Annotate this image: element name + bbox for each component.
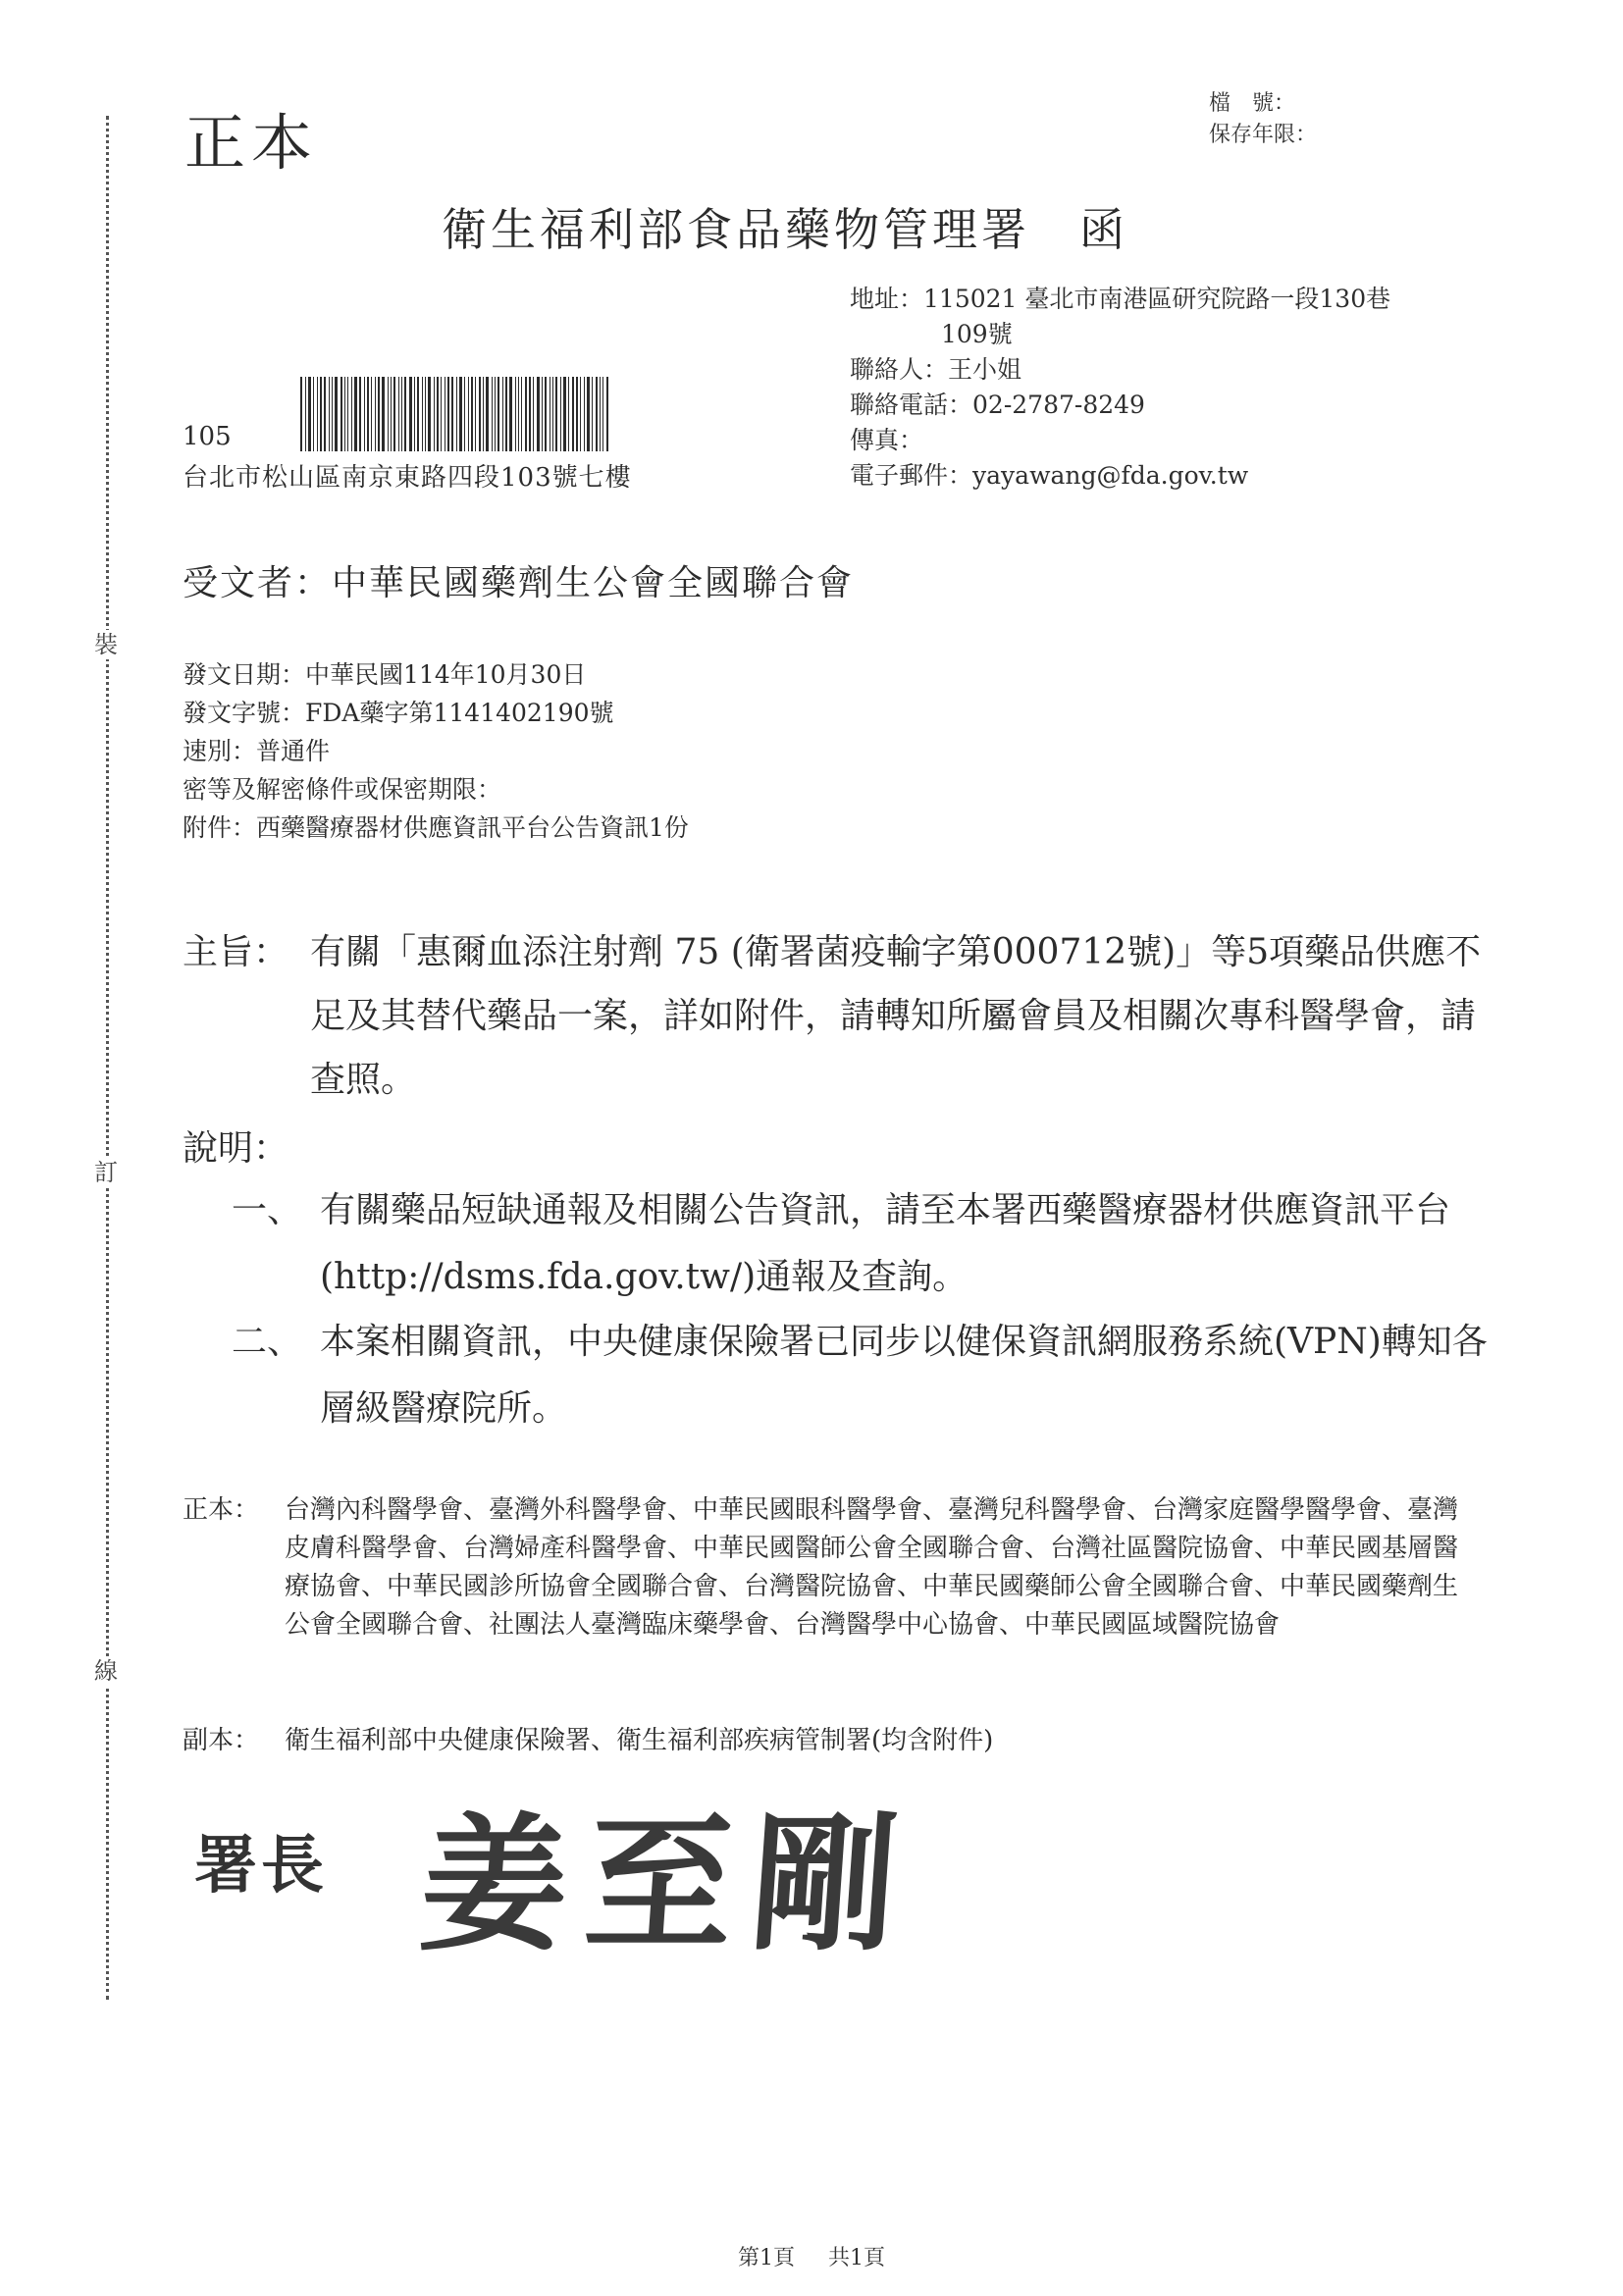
- binding-line: [106, 116, 109, 2000]
- item-text: 有關藥品短缺通報及相關公告資訊，請至本署西藥醫療器材供應資訊平台(http://…: [232, 1177, 1488, 1311]
- meta-value: 中華民國114年10月30日: [305, 660, 586, 689]
- meta-label: 附件：: [183, 813, 256, 842]
- sender-info: 地址：115021 臺北市南港區研究院路一段130巷 109號 聯絡人：王小姐 …: [850, 282, 1390, 494]
- binding-mark-xian: 線: [94, 1656, 118, 1686]
- meta-secrecy: 密等及解密條件或保密期限：: [183, 770, 689, 809]
- description-item-2: 二、 本案相關資訊，中央健康保險署已同步以健保資訊網服務系統(VPN)轉知各層級…: [232, 1309, 1488, 1442]
- distribution-original: 正本： 台灣內科醫學會、臺灣外科醫學會、中華民國眼科醫學會、臺灣兒科醫學會、台灣…: [183, 1491, 1468, 1644]
- email-value: yayawang@fda.gov.tw: [972, 458, 1248, 494]
- address-line1: 115021 臺北市南港區研究院路一段130巷: [923, 282, 1390, 317]
- binding-mark-zhuang: 裝: [94, 630, 118, 659]
- page-current: 第1頁: [738, 2246, 795, 2270]
- meta-value: 普通件: [256, 737, 330, 765]
- meta-date: 發文日期：中華民國114年10月30日: [183, 655, 689, 694]
- item-number: 二、: [232, 1309, 302, 1376]
- recipient: 受文者：中華民國藥劑生公會全國聯合會: [183, 555, 854, 605]
- file-info: 檔 號： 保存年限：: [1209, 88, 1317, 151]
- agency-name: 衛生福利部食品藥物管理署: [442, 203, 1030, 256]
- recipient-label: 受文者：: [183, 563, 332, 603]
- address-label: 地址：: [850, 282, 923, 317]
- address-line2: 109號: [850, 317, 1390, 352]
- meta-attachment: 附件：西藥醫療器材供應資訊平台公告資訊1份: [183, 809, 689, 847]
- contact-label: 聯絡人：: [850, 352, 948, 388]
- original-label: 正本：: [183, 1491, 259, 1530]
- subject-label: 主旨：: [183, 920, 288, 984]
- description-label: 說明：: [183, 1121, 288, 1171]
- recipient-zip: 105: [183, 422, 232, 451]
- meta-value: 西藥醫療器材供應資訊平台公告資訊1份: [256, 813, 689, 842]
- recipient-address: 台北市松山區南京東路四段103號七樓: [183, 457, 632, 494]
- meta-label: 發文字號：: [183, 699, 305, 727]
- page-total: 共1頁: [828, 2246, 885, 2270]
- page-number: 第1頁共1頁: [0, 2241, 1623, 2271]
- contact-name: 王小姐: [948, 352, 1021, 388]
- file-no-label: 檔 號：: [1209, 88, 1295, 120]
- barcode: [300, 377, 682, 451]
- subject-text: 有關「惠爾血添注射劑 75 (衛署菌疫輸字第000712號)」等5項藥品供應不足…: [183, 920, 1488, 1112]
- fax-label: 傳真：: [850, 423, 923, 458]
- meta-label: 發文日期：: [183, 660, 305, 689]
- meta-doc-number: 發文字號：FDA藥字第1141402190號: [183, 694, 689, 732]
- description-item-1: 一、 有關藥品短缺通報及相關公告資訊，請至本署西藥醫療器材供應資訊平台(http…: [232, 1177, 1488, 1311]
- item-number: 一、: [232, 1177, 302, 1244]
- retention-label: 保存年限：: [1209, 120, 1317, 151]
- copy-type-stamp: 正本: [184, 94, 318, 182]
- meta-value: FDA藥字第1141402190號: [305, 699, 614, 727]
- phone-value: 02-2787-8249: [972, 388, 1145, 423]
- phone-label: 聯絡電話：: [850, 388, 972, 423]
- original-list: 台灣內科醫學會、臺灣外科醫學會、中華民國眼科醫學會、臺灣兒科醫學會、台灣家庭醫學…: [183, 1491, 1468, 1644]
- item-text: 本案相關資訊，中央健康保險署已同步以健保資訊網服務系統(VPN)轉知各層級醫療院…: [232, 1309, 1488, 1442]
- recipient-name: 中華民國藥劑生公會全國聯合會: [332, 563, 854, 603]
- distribution-copy: 副本： 衛生福利部中央健康保險署、衛生福利部疾病管制署(均含附件): [183, 1722, 1468, 1760]
- document-title: 衛生福利部食品藥物管理署函: [442, 194, 1128, 259]
- email-label: 電子郵件：: [850, 458, 972, 494]
- subject: 主旨： 有關「惠爾血添注射劑 75 (衛署菌疫輸字第000712號)」等5項藥品…: [183, 920, 1488, 1112]
- binding-mark-ding: 訂: [94, 1158, 118, 1187]
- meta-speed: 速別：普通件: [183, 732, 689, 770]
- copy-label: 副本：: [183, 1722, 259, 1760]
- signature-title: 署長: [194, 1815, 328, 1905]
- signature-name: 姜至剛: [414, 1766, 923, 1978]
- copy-list: 衛生福利部中央健康保險署、衛生福利部疾病管制署(均含附件): [183, 1722, 1468, 1760]
- meta-label: 密等及解密條件或保密期限：: [183, 775, 501, 804]
- meta-label: 速別：: [183, 737, 256, 765]
- document-form: 函: [1079, 203, 1128, 256]
- document-meta: 發文日期：中華民國114年10月30日 發文字號：FDA藥字第114140219…: [183, 655, 689, 847]
